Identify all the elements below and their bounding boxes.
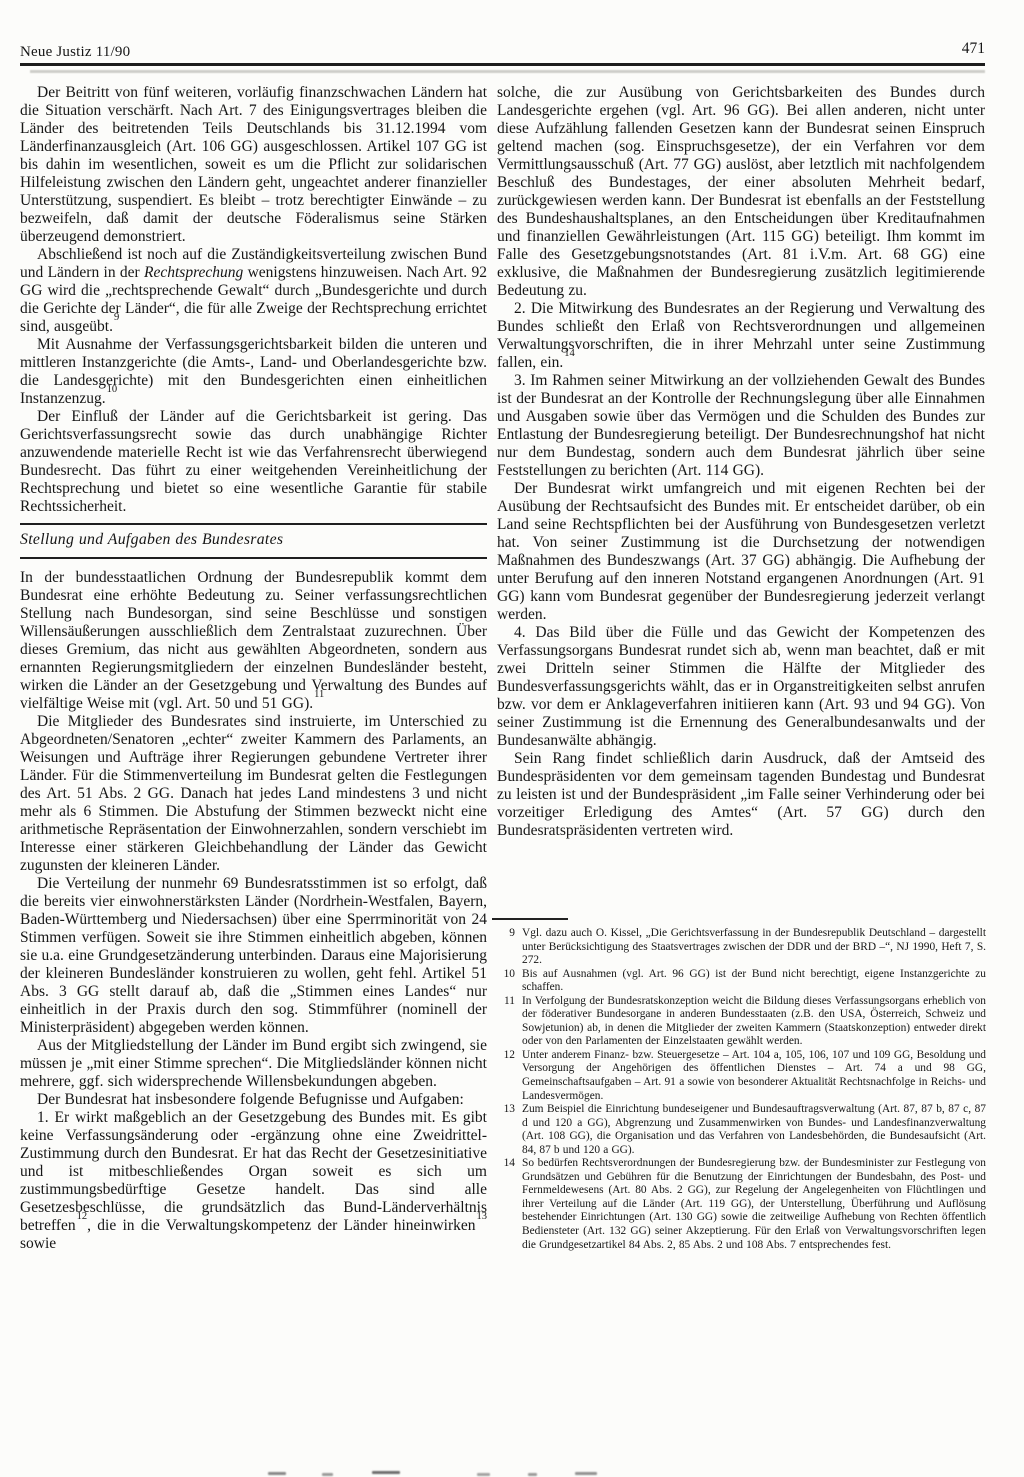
footnote-text: Bis auf Ausnahmen (vgl. Art. 96 GG) ist … (522, 968, 986, 995)
body-paragraph: Sein Rang findet schließlich darin Ausdr… (497, 750, 985, 840)
footnote-text: Unter anderem Finanz- bzw. Steuergesetze… (522, 1049, 986, 1103)
left-column: Der Beitritt von fünf weiteren, vorläufi… (20, 84, 487, 1253)
footnote: 10 Bis auf Ausnahmen (vgl. Art. 96 GG) i… (497, 968, 986, 995)
footnote-number: 14 (497, 1157, 515, 1252)
body-paragraph: Mit Ausnahme der Verfassungsgerichtsbark… (20, 336, 487, 408)
emphasized-text: Rechtsprechung (144, 264, 243, 281)
body-paragraph: Der Bundesrat hat insbesondere folgende … (20, 1091, 487, 1109)
body-paragraph: Der Beitritt von fünf weiteren, vorläufi… (20, 84, 487, 246)
footnotes-block: 9 Vgl. dazu auch O. Kissel, „Die Gericht… (497, 927, 986, 1252)
scan-artifact (322, 1473, 333, 1476)
scan-artifact (268, 1472, 286, 1475)
footnote-text: In Verfolgung der Bundesratskonzeption w… (522, 995, 986, 1049)
scan-artifact (372, 1471, 400, 1474)
body-paragraph: Aus der Mitgliedstellung der Länder im B… (20, 1037, 487, 1091)
scan-artifact (477, 1473, 490, 1476)
paragraph-text: In der bundesstaatlichen Ordnung der Bun… (20, 569, 487, 712)
right-column: solche, die zur Ausübung von Gerichtsbar… (497, 84, 985, 840)
footnote-marker: 10 (107, 384, 118, 395)
scan-artifact (575, 1472, 597, 1475)
footnote-separator-rule (492, 918, 568, 920)
page-number: 471 (962, 40, 985, 58)
header-rule-shadow (30, 70, 985, 73)
footnote-marker: 12 (77, 1211, 88, 1222)
footnote-marker: 13 (477, 1211, 488, 1222)
body-paragraph: 3. Im Rahmen seiner Mitwirkung an der vo… (497, 372, 985, 480)
footnote-number: 12 (497, 1049, 515, 1103)
footnote: 12 Unter anderem Finanz- bzw. Steuergese… (497, 1049, 986, 1103)
footnote: 11 In Verfolgung der Bundesratskonzeptio… (497, 995, 986, 1049)
footnote-number: 11 (497, 995, 515, 1049)
footnote-number: 10 (497, 968, 515, 995)
footnote-marker: 14 (564, 348, 575, 359)
body-paragraph: Die Verteilung der nunmehr 69 Bundesrats… (20, 875, 487, 1037)
body-paragraph: In der bundesstaatlichen Ordnung der Bun… (20, 569, 487, 713)
scan-artifact (528, 1473, 537, 1476)
header-rule (20, 63, 985, 66)
footnote-marker: 11 (314, 689, 324, 700)
paragraph-text: sowie (20, 1235, 56, 1252)
body-paragraph: Der Einfluß der Länder auf die Gerichtsb… (20, 408, 487, 516)
body-paragraph: Der Bundesrat wirkt umfangreich und mit … (497, 480, 985, 624)
paragraph-text: 1. Er wirkt maßgeblich an der Gesetzgebu… (20, 1109, 487, 1234)
body-paragraph: 1. Er wirkt maßgeblich an der Gesetzgebu… (20, 1109, 487, 1253)
journal-title: Neue Justiz 11/90 (20, 44, 130, 61)
section-heading-block: Stellung und Aufgaben des Bundesrates (20, 523, 487, 559)
body-paragraph: 4. Das Bild über die Fülle und das Gewic… (497, 624, 985, 750)
footnote-number: 13 (497, 1103, 515, 1157)
body-paragraph: solche, die zur Ausübung von Gerichtsbar… (497, 84, 985, 300)
footnote: 13 Zum Beispiel die Einrichtung bundesei… (497, 1103, 986, 1157)
footnote-text: Zum Beispiel die Einrichtung bundeseigen… (522, 1103, 986, 1157)
section-heading: Stellung und Aufgaben des Bundesrates (20, 530, 487, 550)
paragraph-text: Mit Ausnahme der Verfassungsgerichtsbark… (20, 336, 487, 407)
footnote-text: So bedürfen Rechtsverordnungen der Bunde… (522, 1157, 986, 1252)
paragraph-text: 2. Die Mitwirkung des Bundesrates an der… (497, 300, 985, 371)
body-paragraph: 2. Die Mitwirkung des Bundesrates an der… (497, 300, 985, 372)
paragraph-text: , die in die Verwaltungskompetenz der Lä… (87, 1217, 475, 1234)
footnote: 14 So bedürfen Rechtsverordnungen der Bu… (497, 1157, 986, 1252)
footnote-marker: 9 (114, 312, 119, 323)
journal-page: Neue Justiz 11/90 471 Der Beitritt von f… (0, 0, 1024, 1477)
body-paragraph: Die Mitglieder des Bundesrates sind inst… (20, 713, 487, 875)
body-paragraph: Abschließend ist noch auf die Zuständigk… (20, 246, 487, 336)
footnote-text: Vgl. dazu auch O. Kissel, „Die Gerichtsv… (522, 927, 986, 968)
footnote: 9 Vgl. dazu auch O. Kissel, „Die Gericht… (497, 927, 986, 968)
footnote-number: 9 (497, 927, 515, 968)
